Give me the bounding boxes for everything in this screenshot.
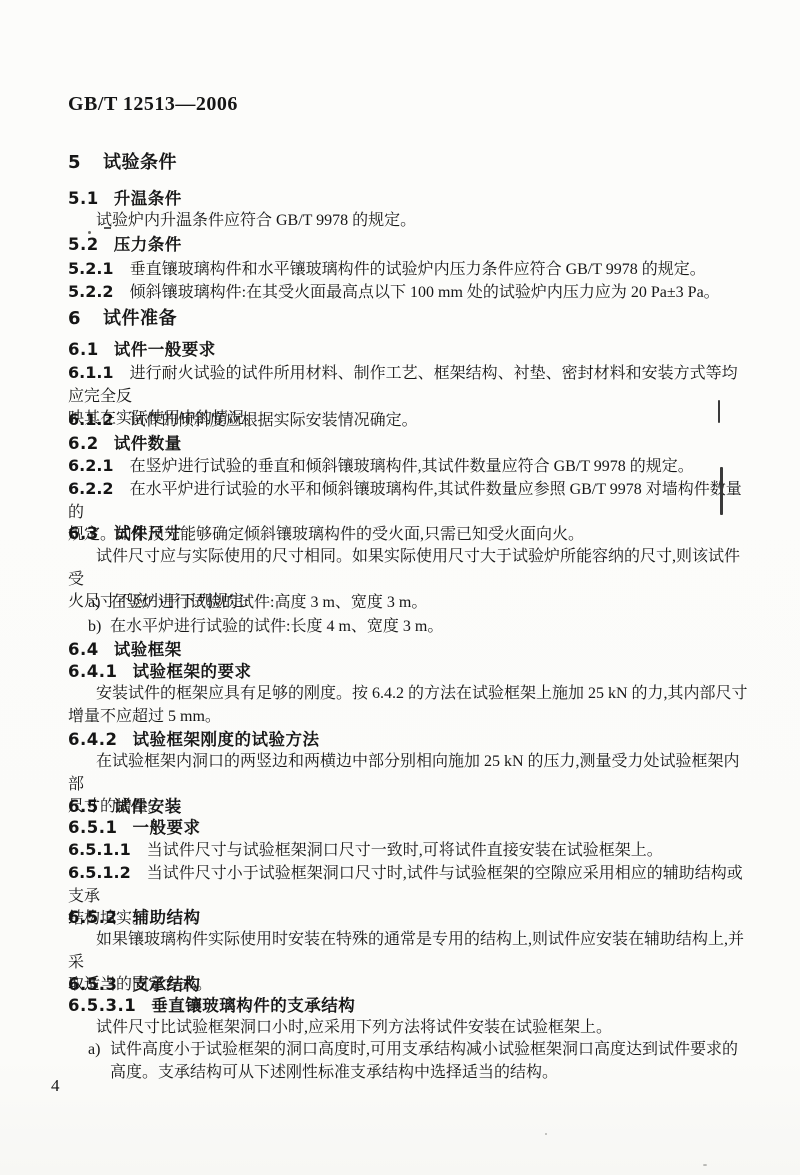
chapter-5-heading: 5试验条件 [68,152,750,175]
chapter-number: 5 [68,152,81,173]
list-marker: a) [88,1039,100,1062]
clause-number: 6.5.2 [68,908,117,927]
clause-title: 辅助结构 [132,908,200,927]
clause-number: 6.4 [68,640,99,659]
clause-6-1-2-paragraph: 6.1.2试件的倾斜度应根据实际安装情况确定。 [68,409,750,433]
clause-6-5-3-1-heading: 6.5.3.1垂直镶玻璃构件的支承结构 [68,995,750,1018]
clause-6-5-1-1-paragraph: 6.5.1.1当试件尺寸与试验框架洞口尺寸一致时,可将试件直接安装在试验框架上。 [68,839,750,863]
clause-title: 试件尺寸 [114,524,182,543]
clause-6-5-heading: 6.5试件安装 [68,796,750,819]
scan-speck [104,227,111,229]
clause-6-5-3-1-paragraph: 试件尺寸比试验框架洞口小时,应采用下列方法将试件安装在试验框架上。 [68,1017,750,1040]
clause-6-2-heading: 6.2试件数量 [68,433,750,456]
clause-title: 一般要求 [132,818,200,837]
margin-revision-mark [718,400,720,423]
list-item-a-clause-6-3: a)在竖炉进行试验的试件:高度 3 m、宽度 3 m。 [68,592,792,615]
list-item-b-clause-6-3: b)在水平炉进行试验的试件:长度 4 m、宽度 3 m。 [68,616,792,639]
margin-revision-mark [720,467,723,515]
clause-6-2-1-paragraph: 6.2.1在竖炉进行试验的垂直和倾斜镶玻璃构件,其试件数量应符合 GB/T 99… [68,455,750,479]
scan-speck [88,231,91,234]
list-item-text: 在水平炉进行试验的试件:长度 4 m、宽度 3 m。 [110,618,443,635]
clause-6-5-2-heading: 6.5.2辅助结构 [68,907,750,930]
clause-number: 6.5.1.1 [68,840,131,859]
list-marker: b) [88,616,101,639]
clause-number: 6.1.2 [68,410,114,429]
chapter-number: 6 [68,308,81,329]
clause-number: 6.1 [68,340,99,359]
clause-title: 压力条件 [114,235,182,254]
clause-title: 试验框架刚度的试验方法 [132,730,319,749]
clause-title: 试验框架 [114,640,182,659]
chapter-title: 试件准备 [103,308,177,329]
clause-6-5-3-heading: 6.5.3支承结构 [68,974,750,997]
clause-number: 5.2.1 [68,259,114,278]
clause-number: 6.5.1 [68,818,117,837]
clause-6-4-heading: 6.4试验框架 [68,639,750,662]
clause-title: 垂直镶玻璃构件的支承结构 [151,996,355,1015]
clause-6-1-heading: 6.1试件一般要求 [68,339,750,362]
clause-number: 5.2.2 [68,282,114,301]
clause-number: 6.5 [68,797,99,816]
paragraph-text: 安装试件的框架应具有足够的刚度。按 6.4.2 的方法在试验框架上施加 25 k… [68,685,748,725]
clause-number: 6.2.2 [68,479,114,498]
paragraph-text: 试件尺寸比试验框架洞口小时,应采用下列方法将试件安装在试验框架上。 [96,1019,612,1036]
paragraph-text: 试件的倾斜度应根据实际安装情况确定。 [130,412,418,429]
list-marker: a) [88,592,100,615]
clause-number: 6.4.2 [68,730,117,749]
chapter-6-heading: 6试件准备 [68,308,750,331]
clause-title: 试件一般要求 [114,340,216,359]
clause-number: 6.1.1 [68,363,114,382]
list-item-text: 在竖炉进行试验的试件:高度 3 m、宽度 3 m。 [110,594,427,611]
chapter-title: 试验条件 [103,152,177,173]
paragraph-text: 在竖炉进行试验的垂直和倾斜镶玻璃构件,其试件数量应符合 GB/T 9978 的规… [130,458,694,475]
clause-6-5-1-heading: 6.5.1一般要求 [68,817,750,840]
clause-6-4-1-heading: 6.4.1试验框架的要求 [68,661,750,684]
scan-speck [703,1164,707,1166]
clause-number: 6.4.1 [68,662,117,681]
clause-title: 支承结构 [132,975,200,994]
clause-title: 试件安装 [114,797,182,816]
list-item-a-clause-6-5-3-1: a)试件高度小于试验框架的洞口高度时,可用支承结构减小试验框架洞口高度达到试件要… [68,1039,792,1084]
clause-6-4-2-heading: 6.4.2试验框架刚度的试验方法 [68,729,750,752]
standard-number: GB/T 12513—2006 [68,93,238,116]
clause-5-2-1-paragraph: 5.2.1垂直镶玻璃构件和水平镶玻璃构件的试验炉内压力条件应符合 GB/T 99… [68,258,750,282]
clause-5-1-paragraph: 试验炉内升温条件应符合 GB/T 9978 的规定。 [68,210,750,233]
paragraph-text: 试验炉内升温条件应符合 GB/T 9978 的规定。 [96,212,416,229]
clause-6-3-heading: 6.3试件尺寸 [68,523,750,546]
clause-title: 试验框架的要求 [132,662,251,681]
clause-6-4-1-paragraph: 安装试件的框架应具有足够的刚度。按 6.4.2 的方法在试验框架上施加 25 k… [68,683,750,728]
paragraph-text: 当试件尺寸与试验框架洞口尺寸一致时,可将试件直接安装在试验框架上。 [147,842,663,859]
scanned-document-page: GB/T 12513—2006 5试验条件 5.1升温条件 试验炉内升温条件应符… [0,0,800,1175]
clause-5-2-2-paragraph: 5.2.2倾斜镶玻璃构件:在其受火面最高点以下 100 mm 处的试验炉内压力应… [68,281,750,305]
clause-5-1-heading: 5.1升温条件 [68,188,750,211]
clause-number: 6.2 [68,434,99,453]
scan-speck [545,1133,547,1135]
clause-number: 6.5.1.2 [68,863,131,882]
paragraph-text: 倾斜镶玻璃构件:在其受火面最高点以下 100 mm 处的试验炉内压力应为 20 … [130,284,720,301]
clause-number: 6.2.1 [68,456,114,475]
paragraph-text: 垂直镶玻璃构件和水平镶玻璃构件的试验炉内压力条件应符合 GB/T 9978 的规… [130,261,706,278]
clause-number: 5.1 [68,189,99,208]
clause-title: 升温条件 [114,189,182,208]
clause-title: 试件数量 [114,434,182,453]
clause-number: 6.5.3.1 [68,996,136,1015]
list-item-text: 试件高度小于试验框架的洞口高度时,可用支承结构减小试验框架洞口高度达到试件要求的… [110,1041,738,1081]
clause-number: 6.5.3 [68,975,117,994]
clause-number: 6.3 [68,524,99,543]
page-number: 4 [51,1076,60,1096]
clause-number: 5.2 [68,235,99,254]
clause-5-2-heading: 5.2压力条件 [68,234,750,257]
